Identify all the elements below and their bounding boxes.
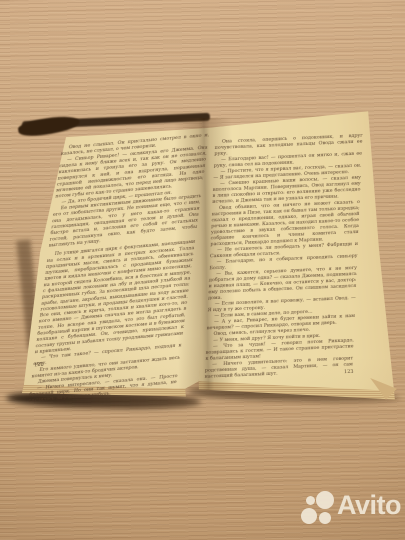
page-number-left: 122 (34, 362, 44, 369)
avito-circles-icon (297, 487, 333, 527)
right-page-text: Она стояла, опершись о подоконник, и вдр… (204, 134, 362, 381)
avito-wordmark: Avito (337, 490, 401, 521)
page-number-right: 123 (344, 369, 354, 375)
paragraph: Овод объявил, что он ничего не может ска… (210, 200, 360, 249)
avito-dot-large (316, 491, 334, 509)
book-photo: Овод не слышал. Он пристально смотрел в … (0, 0, 405, 540)
avito-watermark: Avito (297, 487, 405, 535)
avito-dot-small2 (319, 512, 331, 524)
paragraph: По улице двигался цирк с фокусниками, на… (34, 240, 195, 356)
avito-dot-small (306, 496, 315, 505)
avito-dot-medium (301, 508, 317, 524)
